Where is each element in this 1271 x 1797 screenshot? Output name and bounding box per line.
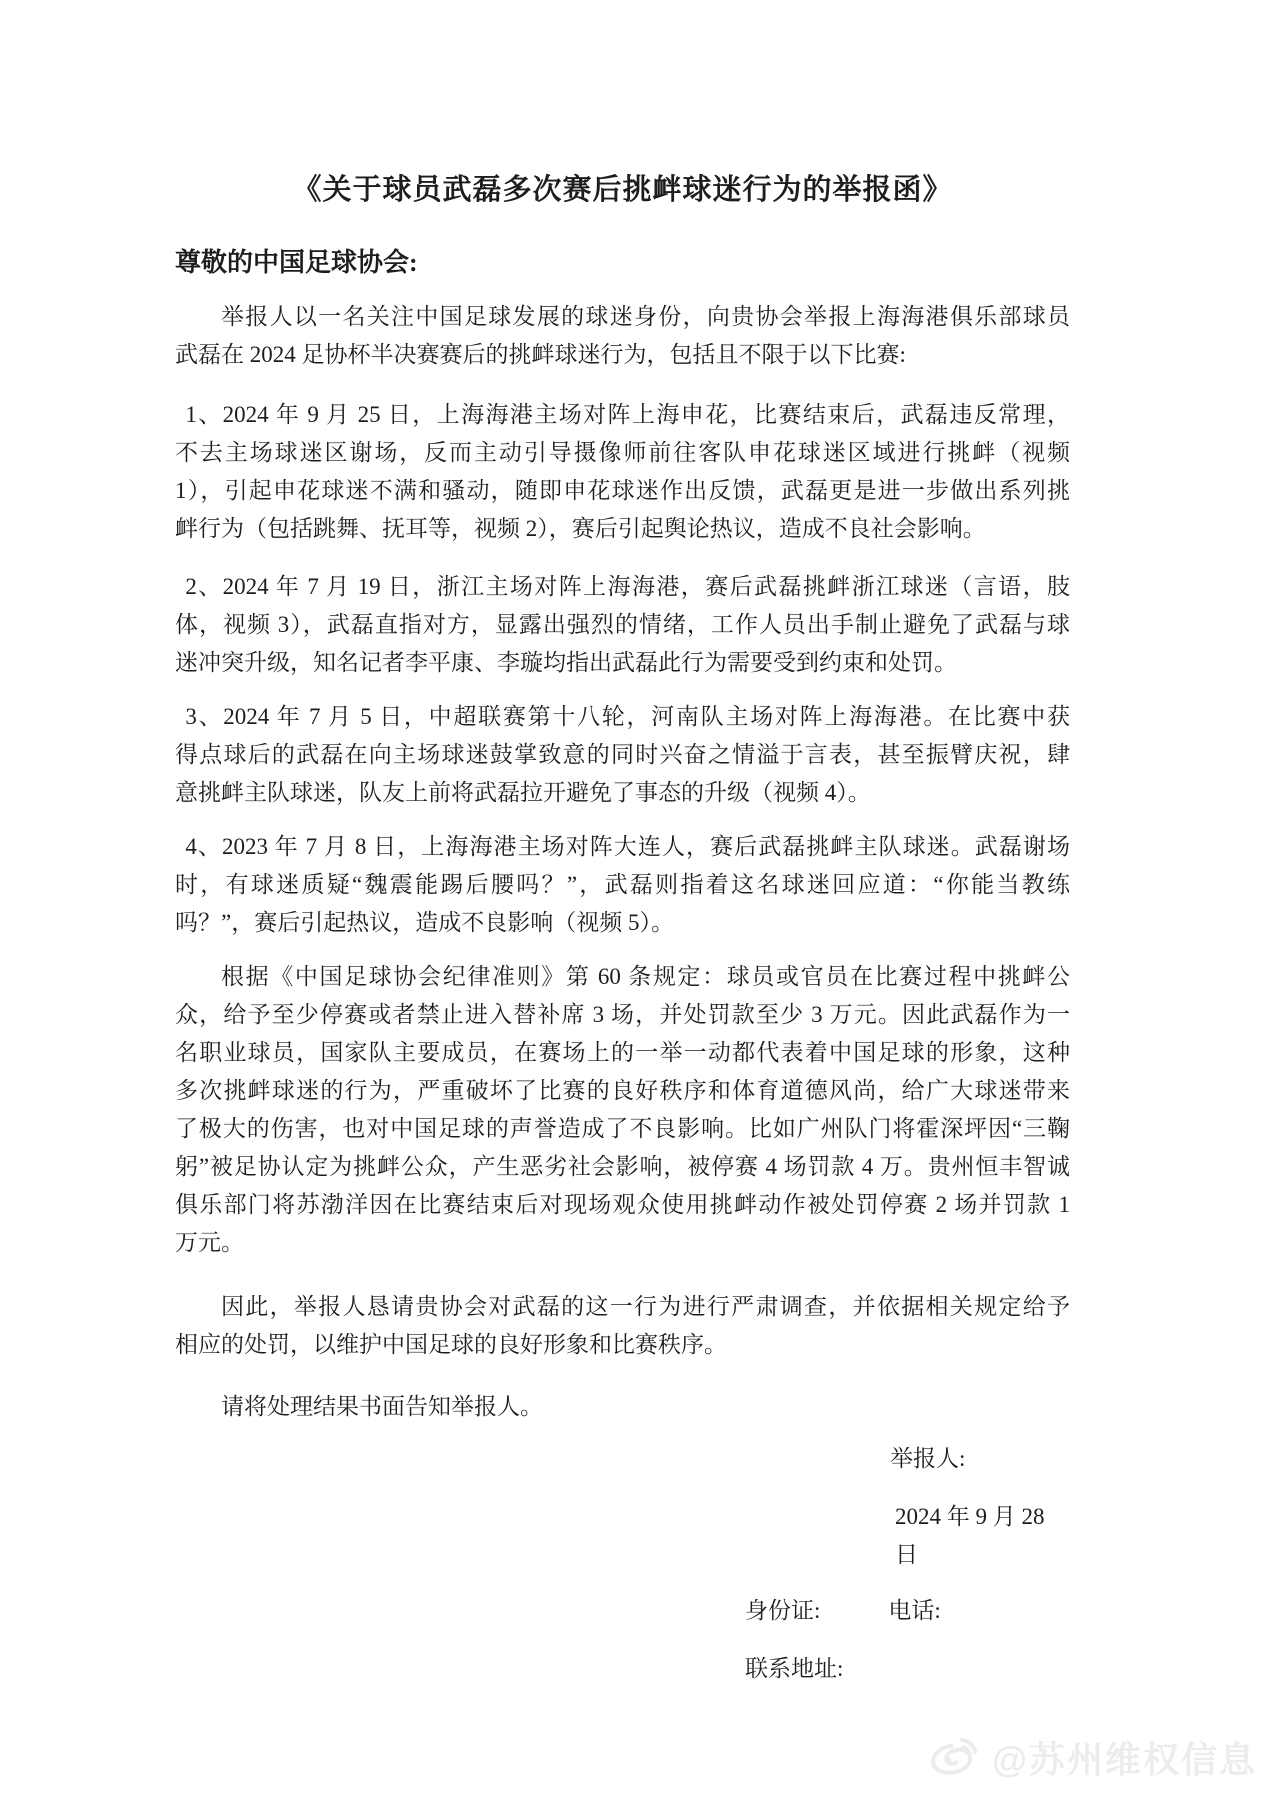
- report-document-page: 《关于球员武磊多次赛后挑衅球迷行为的举报函》 尊敬的中国足球协会: 举报人以一名…: [0, 0, 1271, 1797]
- signature-address-label: 联系地址:: [175, 1650, 1070, 1688]
- weibo-icon: [927, 1728, 983, 1787]
- text-line: 相应的处罚，以维护中国足球的良好形象和比赛秩序。: [175, 1326, 1070, 1364]
- intro-paragraph: 举报人以一名关注中国足球发展的球迷身份，向贵协会举报上海海港俱乐部球员 武磊在 …: [175, 298, 1070, 374]
- weibo-watermark: @苏州维权信息: [927, 1728, 1257, 1787]
- text-line: 举报人以一名关注中国足球发展的球迷身份，向贵协会举报上海海港俱乐部球员: [175, 298, 1070, 336]
- salutation: 尊敬的中国足球协会:: [175, 244, 1070, 282]
- text-line: 了极大的伤害，也对中国足球的声誉造成了不良影响。比如广州队门将霍深坪因“三鞠: [175, 1110, 1070, 1148]
- phone-label: 电话:: [888, 1598, 940, 1623]
- incident-item-4: 4、2023 年 7 月 8 日，上海海港主场对阵大连人，赛后武磊挑衅主队球迷。…: [175, 828, 1070, 942]
- text-line: 迷冲突升级，知名记者李平康、李璇均指出武磊此行为需要受到约束和处罚。: [175, 644, 1070, 682]
- text-line: 名职业球员，国家队主要成员，在赛场上的一举一动都代表着中国足球的形象，这种: [175, 1034, 1070, 1072]
- signature-date: 2024 年 9 月 28 日: [175, 1498, 1070, 1574]
- text-line: 根据《中国足球协会纪律准则》第 60 条规定：球员或官员在比赛过程中挑衅公: [175, 958, 1070, 996]
- text-line: 得点球后的武磊在向主场球迷鼓掌致意的同时兴奋之情溢于言表，甚至振臂庆祝，肆: [175, 736, 1070, 774]
- text-line: 吗？”，赛后引起热议，造成不良影响（视频 5）。: [175, 904, 1070, 942]
- text-line: 衅行为（包括跳舞、抚耳等，视频 2），赛后引起舆论热议，造成不良社会影响。: [175, 510, 1070, 548]
- document-body: 《关于球员武磊多次赛后挑衅球迷行为的举报函》 尊敬的中国足球协会: 举报人以一名…: [175, 150, 1070, 1688]
- incident-item-3: 3、2024 年 7 月 5 日，中超联赛第十八轮，河南队主场对阵上海海港。在比…: [175, 698, 1070, 812]
- text-line: 1），引起申花球迷不满和骚动，随即申花球迷作出反馈，武磊更是进一步做出系列挑: [175, 472, 1070, 510]
- request-paragraph: 因此，举报人恳请贵协会对武磊的这一行为进行严肃调查，并依据相关规定给予 相应的处…: [175, 1288, 1070, 1364]
- notify-paragraph: 请将处理结果书面告知举报人。: [175, 1388, 1070, 1426]
- text-line: 3、2024 年 7 月 5 日，中超联赛第十八轮，河南队主场对阵上海海港。在比…: [175, 698, 1070, 736]
- text-line: 众，给予至少停赛或者禁止进入替补席 3 场，并处罚款至少 3 万元。因此武磊作为…: [175, 996, 1070, 1034]
- id-card-label: 身份证:: [745, 1598, 820, 1623]
- incident-item-2: 2、2024 年 7 月 19 日，浙江主场对阵上海海港，赛后武磊挑衅浙江球迷（…: [175, 568, 1070, 682]
- text-line: 万元。: [175, 1224, 1070, 1262]
- text-line: 4、2023 年 7 月 8 日，上海海港主场对阵大连人，赛后武磊挑衅主队球迷。…: [175, 828, 1070, 866]
- text-line: 时，有球迷质疑“魏震能踢后腰吗？”，武磊则指着这名球迷回应道：“你能当教练: [175, 866, 1070, 904]
- document-title: 《关于球员武磊多次赛后挑衅球迷行为的举报函》: [175, 168, 1070, 212]
- text-line: 2、2024 年 7 月 19 日，浙江主场对阵上海海港，赛后武磊挑衅浙江球迷（…: [175, 568, 1070, 606]
- regulation-paragraph: 根据《中国足球协会纪律准则》第 60 条规定：球员或官员在比赛过程中挑衅公 众，…: [175, 958, 1070, 1262]
- text-line: 躬”被足协认定为挑衅公众，产生恶劣社会影响，被停赛 4 场罚款 4 万。贵州恒丰…: [175, 1148, 1070, 1186]
- text-line: 俱乐部门将苏渤洋因在比赛结束后对现场观众使用挑衅动作被处罚停赛 2 场并罚款 1: [175, 1186, 1070, 1224]
- signature-id-phone-row: 身份证:电话:: [175, 1592, 1070, 1630]
- text-line: 武磊在 2024 足协杯半决赛赛后的挑衅球迷行为，包括且不限于以下比赛:: [175, 336, 1070, 374]
- text-line: 体，视频 3），武磊直指对方，显露出强烈的情绪，工作人员出手制止避免了武磊与球: [175, 606, 1070, 644]
- signature-reporter-label: 举报人:: [175, 1440, 1070, 1478]
- watermark-handle: @苏州维权信息: [992, 1732, 1257, 1783]
- text-line: 多次挑衅球迷的行为，严重破坏了比赛的良好秩序和体育道德风尚，给广大球迷带来: [175, 1072, 1070, 1110]
- text-line: 请将处理结果书面告知举报人。: [175, 1388, 1070, 1426]
- text-line: 意挑衅主队球迷，队友上前将武磊拉开避免了事态的升级（视频 4）。: [175, 774, 1070, 812]
- text-line: 不去主场球迷区谢场，反而主动引导摄像师前往客队申花球迷区域进行挑衅（视频: [175, 434, 1070, 472]
- text-line: 1、2024 年 9 月 25 日，上海海港主场对阵上海申花，比赛结束后，武磊违…: [175, 396, 1070, 434]
- text-line: 因此，举报人恳请贵协会对武磊的这一行为进行严肃调查，并依据相关规定给予: [175, 1288, 1070, 1326]
- incident-item-1: 1、2024 年 9 月 25 日，上海海港主场对阵上海申花，比赛结束后，武磊违…: [175, 396, 1070, 548]
